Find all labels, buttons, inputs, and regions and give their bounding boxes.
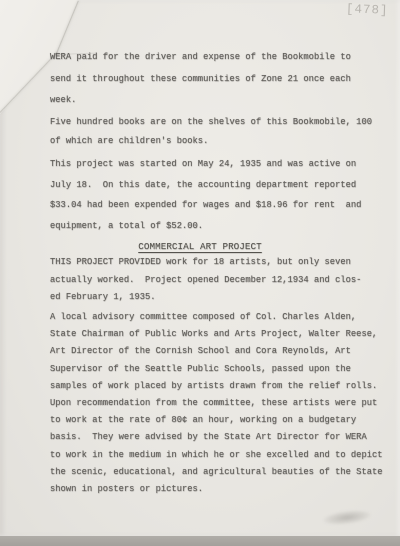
paragraph-advisory-committee: A local advisory committee composed of C… bbox=[50, 309, 386, 498]
section-heading-commercial-art-project: COMMERCIAL ART PROJECT bbox=[0, 240, 400, 253]
page-number-mark: [478] bbox=[346, 2, 389, 17]
paragraph-bookmobile-books: Five hundred books are on the shelves of… bbox=[50, 113, 386, 151]
document-page: [478] WERA paid for the driver and expen… bbox=[0, 0, 400, 536]
scan-root: [478] WERA paid for the driver and expen… bbox=[0, 0, 400, 546]
paragraph-artists-overview: THIS PROJECT PROVIDED work for 18 artist… bbox=[50, 254, 386, 307]
scan-bottom-edge bbox=[0, 536, 400, 546]
paragraph-project-accounting: This project was started on May 24, 1935… bbox=[50, 154, 386, 236]
paragraph-bookmobile-funding: WERA paid for the driver and expense of … bbox=[50, 47, 386, 112]
smudge-mark bbox=[322, 508, 371, 527]
